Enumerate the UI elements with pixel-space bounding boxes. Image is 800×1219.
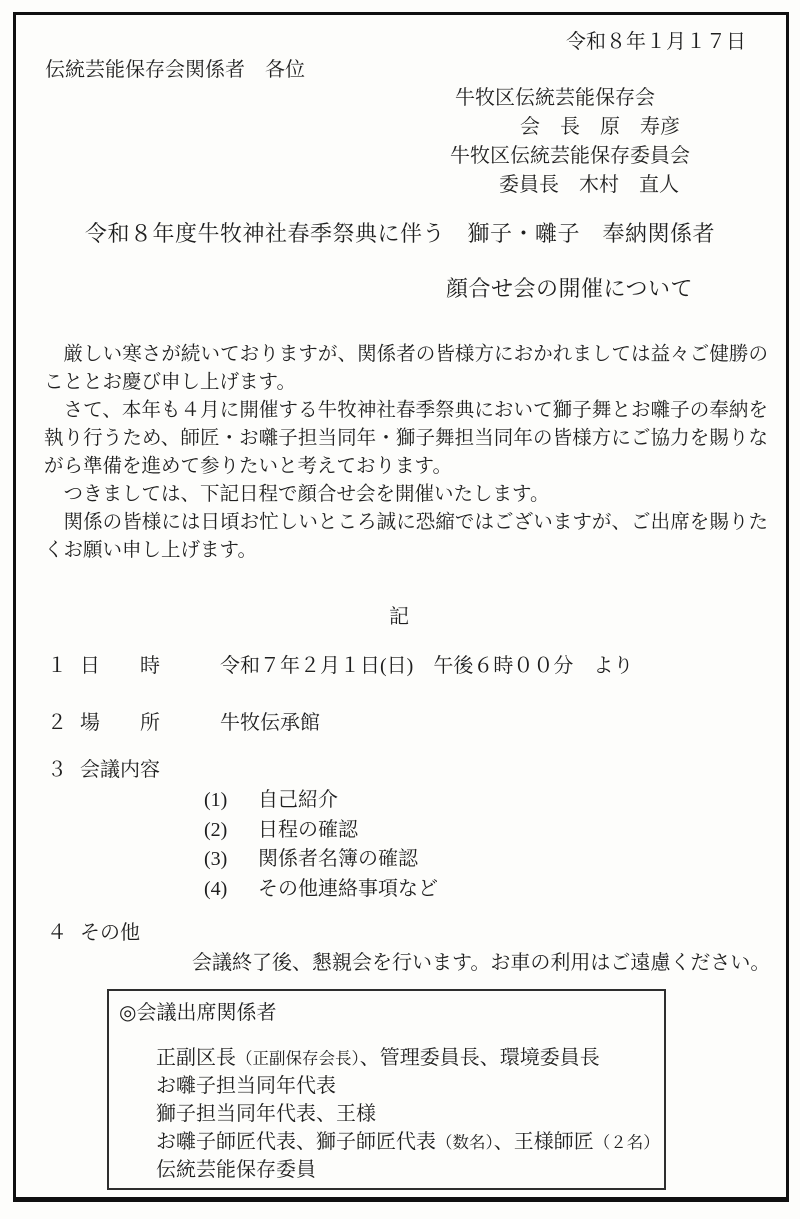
agenda-entry: (4) その他連絡事項など <box>0 877 500 903</box>
record-marker: 記 <box>0 605 800 629</box>
item-number: ４ <box>47 921 67 945</box>
item-row-datetime: １ 日 時 令和７年２月１日(日) 午後６時００分 より <box>0 654 800 680</box>
item-row-other: ４ その他 <box>0 921 800 947</box>
agenda-entry: (1) 自己紹介 <box>0 788 500 814</box>
attendee-line: お囃子担当同年代表 <box>156 1074 336 1098</box>
agenda-entry: (2) 日程の確認 <box>0 818 500 844</box>
item-row-place: ２ 場 所 牛牧伝承館 <box>0 711 800 737</box>
item-label: 場 所 <box>80 711 160 735</box>
body-paragraphs: 厳しい寒さが続いておりますが、関係者の皆様方におかれましては益々ご健勝のこととお… <box>44 341 768 565</box>
agenda-entry-number: (3) <box>204 847 227 871</box>
sender-signer-1: 会 長 原 寿彦 <box>520 115 680 139</box>
agenda-entry-text: 自己紹介 <box>258 788 338 812</box>
agenda-entry-number: (1) <box>204 788 227 812</box>
agenda-entry-text: 関係者名簿の確認 <box>258 847 418 871</box>
sender-org-1: 牛牧区伝統芸能保存会 <box>455 86 655 110</box>
item-number: １ <box>47 654 67 678</box>
attendee-line: 獅子担当同年代表、王様 <box>156 1102 376 1126</box>
attendees-box: ◎会議出席関係者 正副区長（正副保存会長）、管理委員長、環境委員長 お囃子担当同… <box>107 989 666 1190</box>
recipient-line: 伝統芸能保存会関係者 各位 <box>45 58 305 82</box>
item-label: その他 <box>80 921 140 945</box>
sender-signer-2: 委員長 木村 直人 <box>499 173 679 197</box>
date-line: 令和８年１月１７日 <box>566 30 746 54</box>
agenda-entry: (3) 関係者名簿の確認 <box>0 847 500 873</box>
item-label: 日 時 <box>80 654 160 678</box>
item-value: 牛牧伝承館 <box>220 711 320 735</box>
agenda-entry-number: (2) <box>204 818 227 842</box>
item-number: ２ <box>47 711 67 735</box>
body-paragraph-3: つきましては、下記日程で顔合せ会を開催いたします。 <box>44 481 768 509</box>
other-note: 会議終了後、懇親会を行います。お車の利用はご遠慮ください。 <box>192 951 770 975</box>
item-value: 令和７年２月１日(日) 午後６時００分 より <box>220 654 633 678</box>
doc-title-line2: 顔合せ会の開催について <box>446 276 693 302</box>
attendees-heading: ◎会議出席関係者 <box>119 1001 276 1025</box>
attendee-line: 伝統芸能保存委員 <box>156 1158 316 1182</box>
item-number: ３ <box>47 758 67 782</box>
agenda-entry-text: その他連絡事項など <box>258 877 438 901</box>
doc-title-line1: 令和８年度牛牧神社春季祭典に伴う 獅子・囃子 奉納関係者 <box>0 221 800 247</box>
body-paragraph-4: 関係の皆様には日頃お忙しいところ誠に恐縮ではございますが、ご出席を賜りたくお願い… <box>44 509 768 565</box>
agenda-entry-number: (4) <box>204 877 227 901</box>
body-paragraph-1: 厳しい寒さが続いておりますが、関係者の皆様方におかれましては益々ご健勝のこととお… <box>44 341 768 397</box>
agenda-entry-text: 日程の確認 <box>258 818 358 842</box>
body-paragraph-2: さて、本年も４月に開催する牛牧神社春季祭典において獅子舞とお囃子の奉納を執り行う… <box>44 397 768 481</box>
attendee-line: 正副区長（正副保存会長）、管理委員長、環境委員長 <box>156 1046 600 1070</box>
item-row-agenda: ３ 会議内容 <box>0 758 800 784</box>
attendee-line: お囃子師匠代表、獅子師匠代表（数名）、王様師匠（２名） <box>156 1130 660 1154</box>
item-label: 会議内容 <box>80 758 160 782</box>
sender-org-2: 牛牧区伝統芸能保存委員会 <box>450 144 690 168</box>
